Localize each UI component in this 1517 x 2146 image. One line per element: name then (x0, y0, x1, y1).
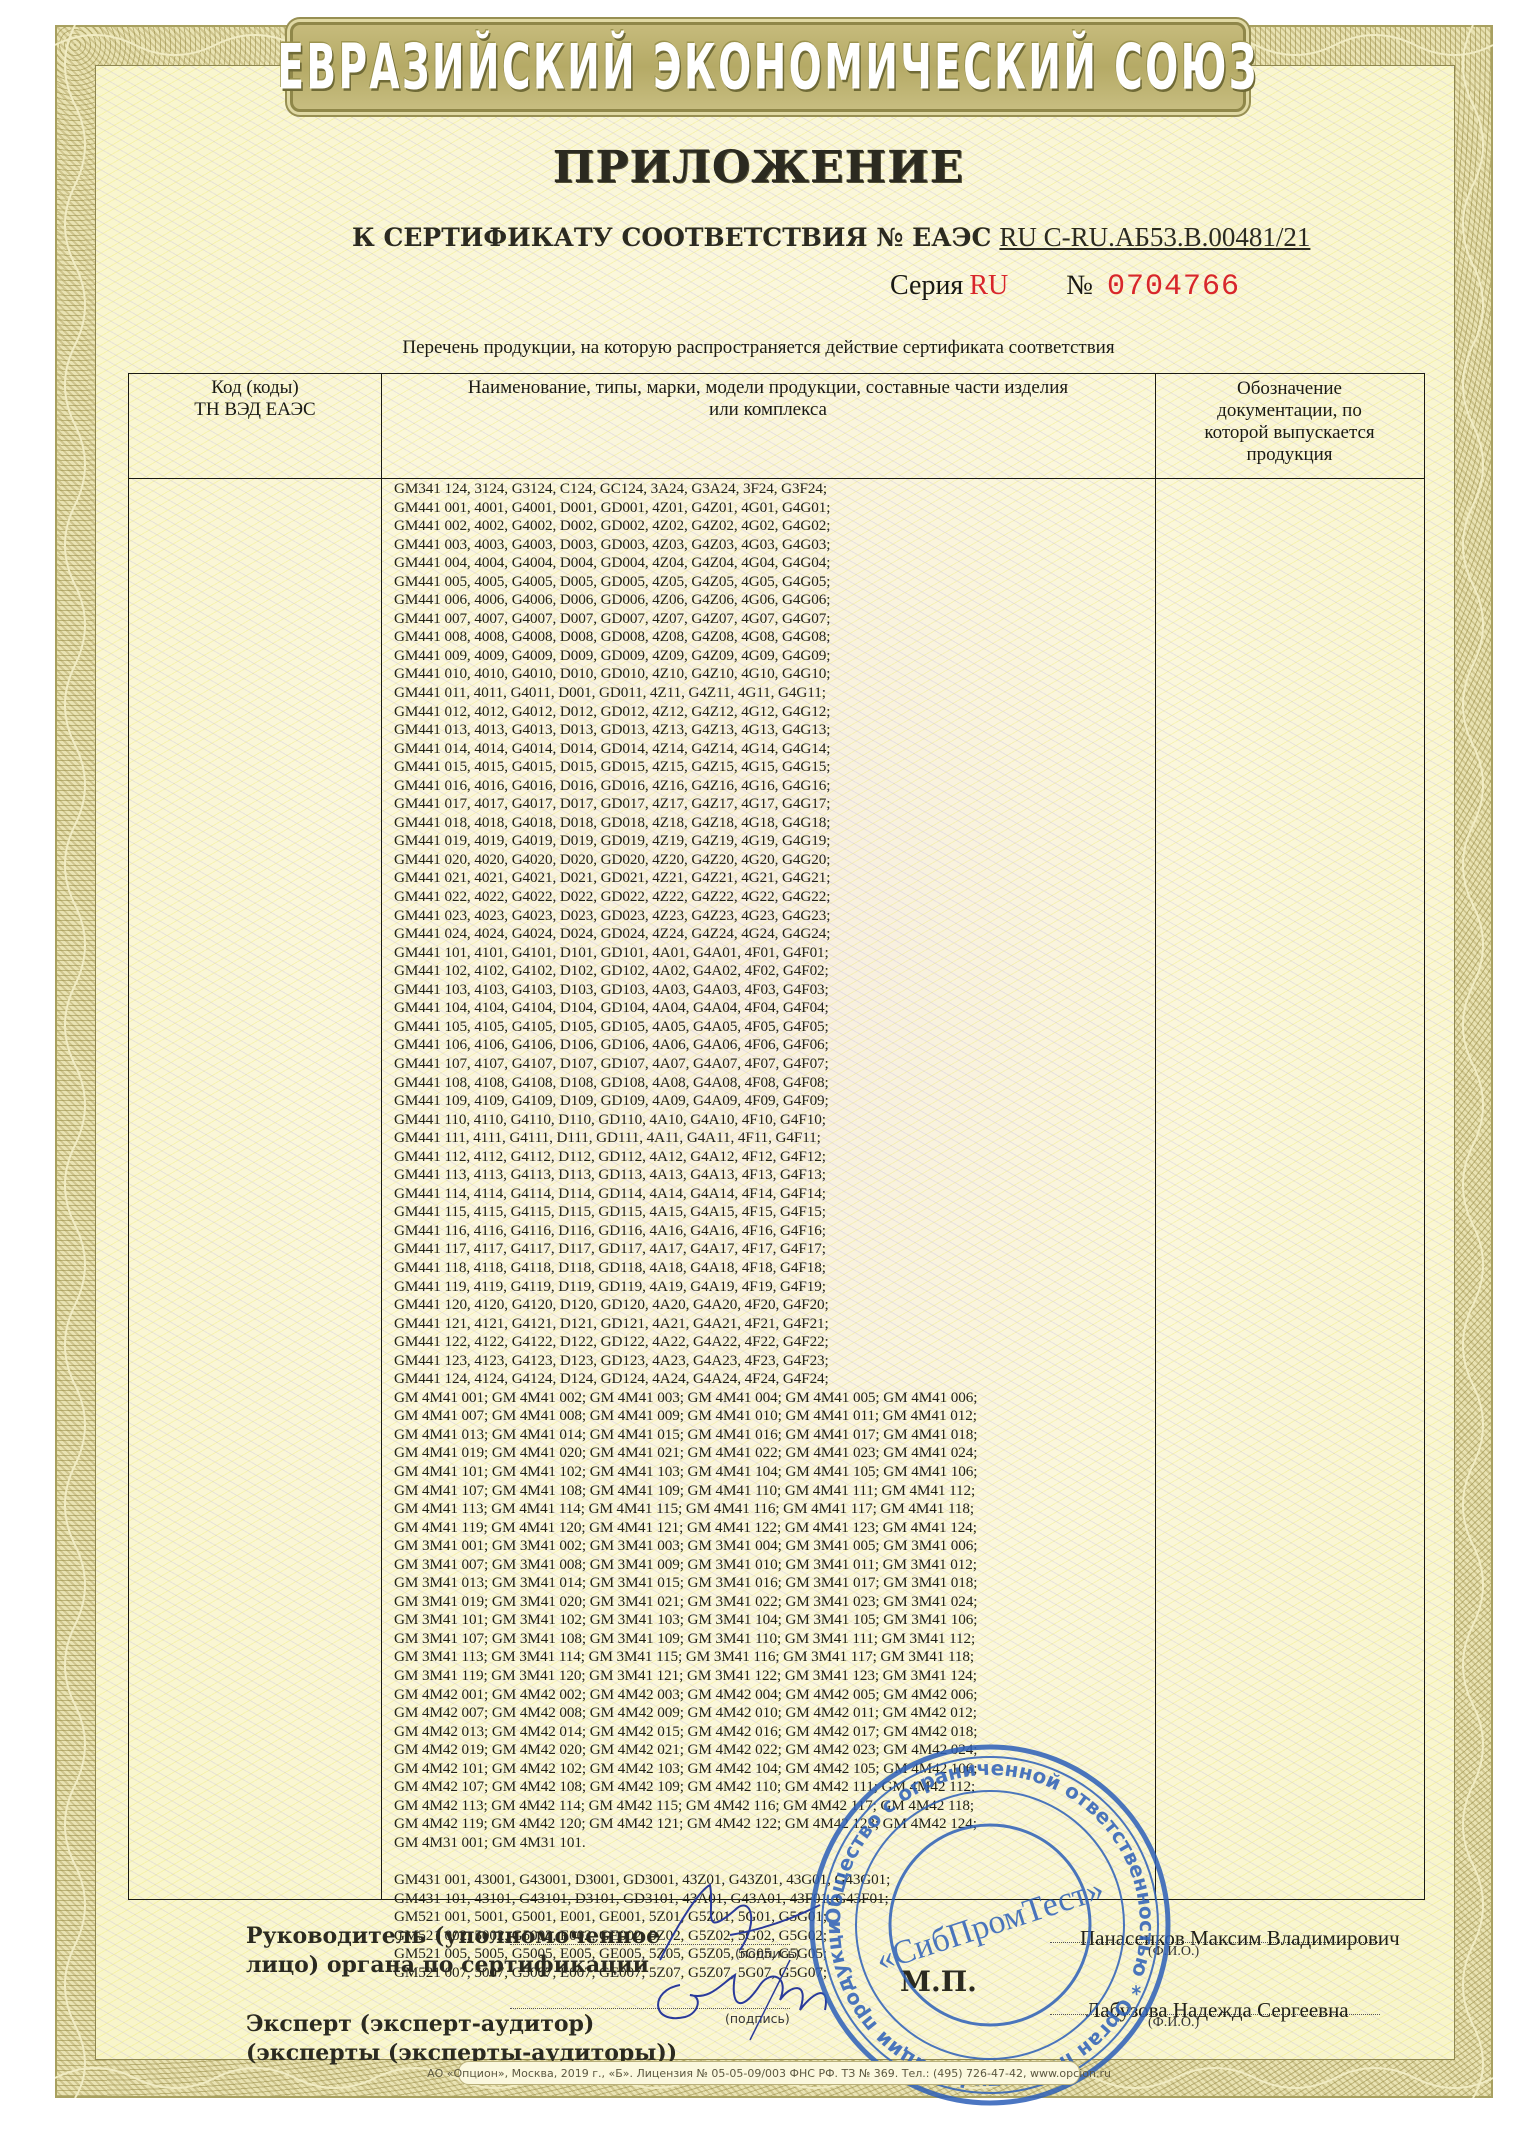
product-line: GM441 001, 4001, G4001, D001, GD001, 4Z0… (394, 499, 1154, 518)
product-line: GM 4M41 001; GM 4M41 002; GM 4M41 003; G… (394, 1389, 1154, 1408)
number-label: № (1066, 270, 1093, 301)
product-line: GM441 006, 4006, G4006, D006, GD006, 4Z0… (394, 591, 1154, 610)
product-line: GM 4M41 113; GM 4M41 114; GM 4M41 115; G… (394, 1500, 1154, 1519)
product-list-caption: Перечень продукции, на которую распростр… (0, 337, 1517, 359)
blank-number: 0704766 (1107, 270, 1240, 304)
product-line: GM441 122, 4122, G4122, D122, GD122, 4A2… (394, 1333, 1154, 1352)
product-line: GM 4M41 119; GM 4M41 120; GM 4M41 121; G… (394, 1519, 1154, 1538)
product-line: GM441 109, 4109, G4109, D109, GD109, 4A0… (394, 1092, 1154, 1111)
product-line: GM441 104, 4104, G4104, D104, GD104, 4A0… (394, 999, 1154, 1018)
series-label: Серия (890, 270, 963, 301)
product-line: GM 3M41 019; GM 3M41 020; GM 3M41 021; G… (394, 1593, 1154, 1612)
column-divider (1155, 374, 1156, 1899)
product-line: GM 4M41 007; GM 4M41 008; GM 4M41 009; G… (394, 1407, 1154, 1426)
certificate-heading-label: К СЕРТИФИКАТУ СООТВЕТСТВИЯ № ЕАЭС (352, 223, 991, 252)
header-divider (129, 478, 1424, 479)
column-header-code: Код (коды) ТН ВЭД ЕАЭС (129, 374, 381, 478)
product-line: GM441 106, 4106, G4106, D106, GD106, 4A0… (394, 1036, 1154, 1055)
certificate-heading: К СЕРТИФИКАТУ СООТВЕТСТВИЯ № ЕАЭСRU С-RU… (352, 222, 1310, 253)
product-line: GM441 124, 4124, G4124, D124, GD124, 4A2… (394, 1370, 1154, 1389)
product-line: GM 4M42 001; GM 4M42 002; GM 4M42 003; G… (394, 1686, 1154, 1705)
expert-label: Эксперт (эксперт-аудитор) (эксперты (экс… (246, 2010, 677, 2068)
product-line: GM 4M41 019; GM 4M41 020; GM 4M41 021; G… (394, 1444, 1154, 1463)
product-table: Код (коды) ТН ВЭД ЕАЭС Наименование, тип… (128, 373, 1425, 1900)
product-line: GM441 108, 4108, G4108, D108, GD108, 4A0… (394, 1074, 1154, 1093)
product-line: GM 3M41 101; GM 3M41 102; GM 3M41 103; G… (394, 1611, 1154, 1630)
product-line: GM441 024, 4024, G4024, D024, GD024, 4Z2… (394, 925, 1154, 944)
product-line: GM441 015, 4015, G4015, D015, GD015, 4Z1… (394, 758, 1154, 777)
product-line: GM441 120, 4120, G4120, D120, GD120, 4A2… (394, 1296, 1154, 1315)
product-line: GM 3M41 007; GM 3M41 008; GM 3M41 009; G… (394, 1556, 1154, 1575)
product-line: GM 3M41 107; GM 3M41 108; GM 3M41 109; G… (394, 1630, 1154, 1649)
stamp-center-text: «СибПромТест» (871, 1870, 1108, 1978)
product-line: GM441 102, 4102, G4102, D102, GD102, 4A0… (394, 962, 1154, 981)
product-line: GM 4M41 013; GM 4M41 014; GM 4M41 015; G… (394, 1426, 1154, 1445)
product-line: GM441 105, 4105, G4105, D105, GD105, 4A0… (394, 1018, 1154, 1037)
product-line: GM441 114, 4114, G4114, D114, GD114, 4A1… (394, 1185, 1154, 1204)
banner-title: ЕВРАЗИЙСКИЙ ЭКОНОМИЧЕСКИЙ СОЮЗ (277, 31, 1258, 104)
product-line: GM441 121, 4121, G4121, D121, GD121, 4A2… (394, 1315, 1154, 1334)
printer-info: АО «Опцион», Москва, 2019 г., «Б». Лицен… (458, 2061, 1080, 2085)
product-line: GM441 023, 4023, G4023, D023, GD023, 4Z2… (394, 907, 1154, 926)
product-line: GM341 124, 3124, G3124, C124, GC124, 3A2… (394, 480, 1154, 499)
product-line: GM441 016, 4016, G4016, D016, GD016, 4Z1… (394, 777, 1154, 796)
product-line: GM441 020, 4020, G4020, D020, GD020, 4Z2… (394, 851, 1154, 870)
product-line: GM441 012, 4012, G4012, D012, GD012, 4Z1… (394, 703, 1154, 722)
product-line: GM 3M41 013; GM 3M41 014; GM 3M41 015; G… (394, 1574, 1154, 1593)
product-line: GM441 116, 4116, G4116, D116, GD116, 4A1… (394, 1222, 1154, 1241)
product-line: GM441 018, 4018, G4018, D018, GD018, 4Z1… (394, 814, 1154, 833)
product-line: GM441 019, 4019, G4019, D019, GD019, 4Z1… (394, 832, 1154, 851)
head-of-certification-label: Руководитель (уполномоченное лицо) орган… (246, 1922, 660, 1980)
product-line: GM441 013, 4013, G4013, D013, GD013, 4Z1… (394, 721, 1154, 740)
document-title: ПРИЛОЖЕНИЕ (0, 142, 1517, 193)
product-line: GM 3M41 119; GM 3M41 120; GM 3M41 121; G… (394, 1667, 1154, 1686)
product-line: GM441 111, 4111, G4111, D111, GD111, 4A1… (394, 1129, 1154, 1148)
product-line: GM 3M41 001; GM 3M41 002; GM 3M41 003; G… (394, 1537, 1154, 1556)
product-line: GM441 110, 4110, G4110, D110, GD110, 4A1… (394, 1111, 1154, 1130)
product-line: GM441 008, 4008, G4008, D008, GD008, 4Z0… (394, 628, 1154, 647)
product-line: GM441 014, 4014, G4014, D014, GD014, 4Z1… (394, 740, 1154, 759)
product-line: GM441 004, 4004, G4004, D004, GD004, 4Z0… (394, 554, 1154, 573)
column-header-documentation: Обозначение документации, по которой вып… (1155, 374, 1424, 478)
product-line: GM 4M42 007; GM 4M42 008; GM 4M42 009; G… (394, 1704, 1154, 1723)
union-banner: ЕВРАЗИЙСКИЙ ЭКОНОМИЧЕСКИЙ СОЮЗ (290, 22, 1246, 112)
product-line: GM441 119, 4119, G4119, D119, GD119, 4A1… (394, 1278, 1154, 1297)
product-line: GM441 002, 4002, G4002, D002, GD002, 4Z0… (394, 517, 1154, 536)
product-line: GM 4M41 101; GM 4M41 102; GM 4M41 103; G… (394, 1463, 1154, 1482)
certification-body-stamp-icon: Общество с ограниченной ответственностью… (800, 1735, 1180, 2115)
product-line: GM441 117, 4117, G4117, D117, GD117, 4A1… (394, 1240, 1154, 1259)
product-line: GM441 017, 4017, G4017, D017, GD017, 4Z1… (394, 795, 1154, 814)
product-line: GM441 115, 4115, G4115, D115, GD115, 4A1… (394, 1203, 1154, 1222)
product-line: GM441 009, 4009, G4009, D009, GD009, 4Z0… (394, 647, 1154, 666)
product-line: GM441 103, 4103, G4103, D103, GD103, 4A0… (394, 981, 1154, 1000)
certificate-number: RU С-RU.АБ53.В.00481/21 (999, 222, 1310, 252)
product-line: GM441 112, 4112, G4112, D112, GD112, 4A1… (394, 1148, 1154, 1167)
product-line: GM441 011, 4011, G4011, D001, GD011, 4Z1… (394, 684, 1154, 703)
series-value: RU (969, 270, 1008, 301)
product-line: GM441 021, 4021, G4021, D021, GD021, 4Z2… (394, 869, 1154, 888)
product-line: GM441 007, 4007, G4007, D007, GD007, 4Z0… (394, 610, 1154, 629)
product-line: GM441 113, 4113, G4113, D113, GD113, 4A1… (394, 1166, 1154, 1185)
product-line: GM441 003, 4003, G4003, D003, GD003, 4Z0… (394, 536, 1154, 555)
product-line: GM 4M41 107; GM 4M41 108; GM 4M41 109; G… (394, 1482, 1154, 1501)
product-line: GM 3M41 113; GM 3M41 114; GM 3M41 115; G… (394, 1648, 1154, 1667)
product-line: GM441 005, 4005, G4005, D005, GD005, 4Z0… (394, 573, 1154, 592)
column-divider (381, 374, 382, 1899)
product-line: GM441 118, 4118, G4118, D118, GD118, 4A1… (394, 1259, 1154, 1278)
product-line: GM441 101, 4101, G4101, D101, GD101, 4A0… (394, 944, 1154, 963)
series-line: СерияRU№0704766 (890, 270, 1240, 304)
product-line: GM441 022, 4022, G4022, D022, GD022, 4Z2… (394, 888, 1154, 907)
product-line: GM441 123, 4123, G4123, D123, GD123, 4A2… (394, 1352, 1154, 1371)
product-line: GM441 107, 4107, G4107, D107, GD107, 4A0… (394, 1055, 1154, 1074)
column-header-products: Наименование, типы, марки, модели продук… (381, 374, 1155, 478)
product-line: GM441 010, 4010, G4010, D010, GD010, 4Z1… (394, 665, 1154, 684)
